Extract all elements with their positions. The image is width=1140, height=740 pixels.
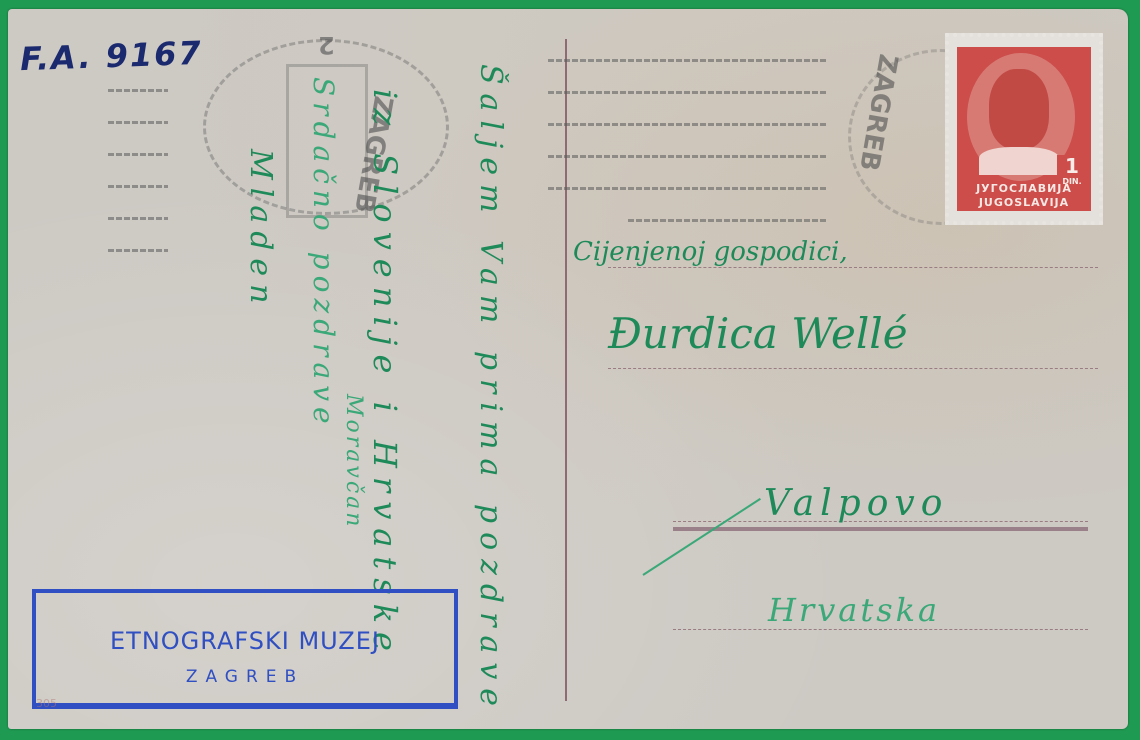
message-signature: Moravčan (341, 394, 366, 529)
address-line-1 (608, 267, 1098, 268)
postcard: F.A. 9167 2 ZAGREB ZAGREB 1 DIN. (8, 9, 1128, 729)
catalog-number: F.A. 9167 (19, 34, 203, 78)
postmark-left-number: 2 (318, 31, 335, 59)
message-line-2: iz Slovenije i Hrvatske (366, 89, 404, 660)
message-line-4: Mladen (243, 149, 278, 311)
address-line-3-underline (673, 527, 1088, 531)
stamp-portrait-icon (989, 69, 1049, 149)
center-divider (565, 39, 567, 701)
pen-stroke (642, 498, 761, 576)
message-line-3: Srdačno pozdrave (307, 77, 340, 430)
address-country: Hrvatska (768, 591, 940, 629)
address-salutation: Cijenjenoj gospodici, (573, 237, 848, 267)
museum-stamp: ETNOGRAFSKI MUZEJ ZAGREB (32, 589, 458, 709)
stamp-country-latin: JUGOSLAVIJA (957, 196, 1091, 209)
address-line-4 (673, 629, 1088, 630)
museum-city: ZAGREB (36, 667, 454, 687)
message-line-1: Šaljem Vam prima pozdrave (473, 64, 508, 715)
address-line-2 (608, 368, 1098, 369)
address-town: Valpovo (764, 483, 948, 524)
inventory-mark: 305 (36, 697, 57, 710)
museum-name: ETNOGRAFSKI MUZEJ (36, 627, 454, 655)
stamp-country-cyrillic: ЈУГОСЛАВИЈА (957, 182, 1091, 195)
address-name: Đurdica Wellé (608, 309, 908, 358)
postage-stamp: 1 DIN. ЈУГОСЛАВИЈА JUGOSLAVIJA (945, 33, 1103, 225)
